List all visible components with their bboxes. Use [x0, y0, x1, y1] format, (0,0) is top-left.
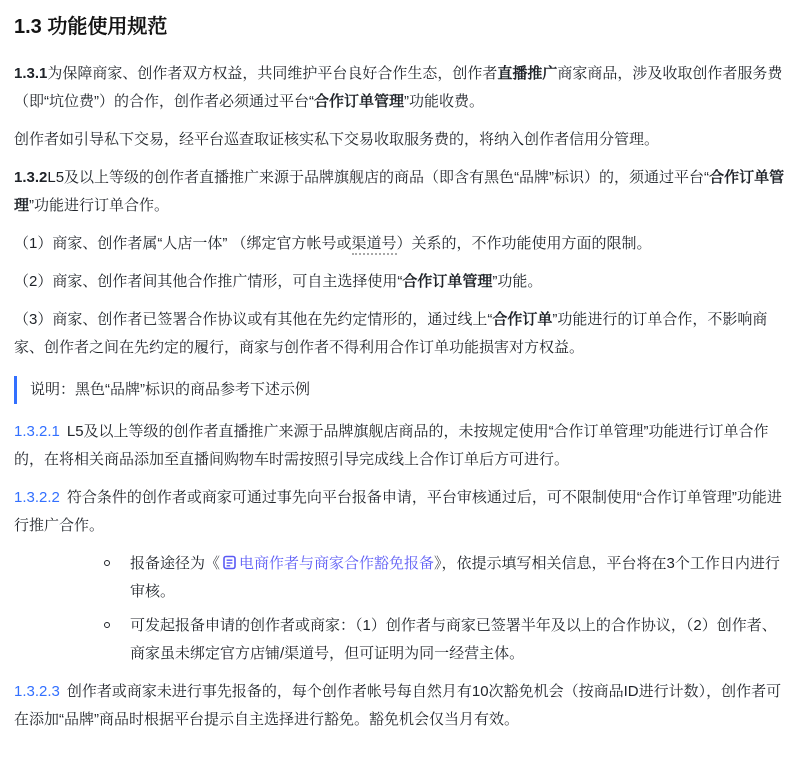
clause-number-1-3-1: 1.3.1	[14, 65, 47, 82]
bold-term-cooperation-order-mgmt: 合作订单管理	[314, 93, 404, 110]
paragraph-private-deal: 创作者如引导私下交易，经平台巡查取证核实私下交易收取服务费的，将纳入创作者信用分…	[14, 126, 790, 154]
paragraph-1-3-2-1: 1.3.2.1L5及以上等级的创作者直播推广来源于品牌旗舰店商品的，未按规定使用…	[14, 418, 790, 474]
bold-term-cooperation-order: 合作订单	[492, 311, 552, 328]
bold-term-cooperation-order-mgmt: 合作订单管理	[402, 273, 492, 290]
text-run: 报备途径为《	[130, 555, 220, 572]
text-run: ”功能。	[492, 273, 542, 290]
text-run: ”功能收费。	[404, 93, 484, 110]
text-run: 可发起报备申请的创作者或商家：（1）创作者与商家已签署半年及以上的合作协议，（2…	[130, 617, 777, 662]
text-run: 符合条件的创作者或商家可通过事先向平台报备申请，平台审核通过后，可不限制使用“合…	[14, 489, 782, 534]
text-run: L5及以上等级的创作者直播推广来源于品牌旗舰店的商品（即含有黑色“品牌”标识）的…	[47, 169, 709, 186]
note-text: 说明：黑色“品牌”标识的商品参考下述示例	[30, 381, 310, 398]
bullet-list: 报备途径为《电商作者与商家合作豁免报备》，依提示填写相关信息，平台将在3个工作日…	[14, 550, 790, 668]
bullet-item-eligible-parties: 可发起报备申请的创作者或商家：（1）创作者与商家已签署半年及以上的合作协议，（2…	[102, 612, 790, 668]
paragraph-1-3-2-3: 1.3.2.3创作者或商家未进行事先报备的，每个创作者帐号每自然月有10次豁免机…	[14, 678, 790, 734]
dotted-underline-term: 渠道号	[352, 235, 397, 255]
clause-number-1-3-2-2: 1.3.2.2	[14, 489, 60, 506]
paragraph-item-1: （1）商家、创作者属“人店一体” （绑定官方帐号或渠道号）关系的，不作功能使用方…	[14, 230, 790, 258]
text-run: 创作者或商家未进行事先报备的，每个创作者帐号每自然月有10次豁免机会（按商品ID…	[14, 683, 781, 728]
document-icon	[222, 555, 237, 570]
bullet-circle-icon	[104, 560, 110, 566]
text-run: （1）商家、创作者属“人店一体” （绑定官方帐号或	[14, 235, 352, 252]
paragraph-item-2: （2）商家、创作者间其他合作推广情形，可自主选择使用“合作订单管理”功能。	[14, 268, 790, 296]
text-run: L5及以上等级的创作者直播推广来源于品牌旗舰店商品的，未按规定使用“合作订单管理…	[14, 423, 769, 468]
document-page: 1.3 功能使用规范 1.3.1为保障商家、创作者双方权益，共同维护平台良好合作…	[0, 0, 803, 754]
exemption-report-link[interactable]: 电商作者与商家合作豁免报备	[220, 555, 434, 572]
bold-term-live-promotion: 直播推广	[497, 65, 557, 82]
text-run: ）关系的，不作功能使用方面的限制。	[397, 235, 652, 252]
paragraph-1-3-2: 1.3.2L5及以上等级的创作者直播推广来源于品牌旗舰店的商品（即含有黑色“品牌…	[14, 164, 790, 220]
paragraph-1-3-2-2: 1.3.2.2符合条件的创作者或商家可通过事先向平台报备申请，平台审核通过后，可…	[14, 484, 790, 540]
section-heading: 1.3 功能使用规范	[14, 14, 790, 40]
text-run: （2）商家、创作者间其他合作推广情形，可自主选择使用“	[14, 273, 402, 290]
clause-number-1-3-2-3: 1.3.2.3	[14, 683, 60, 700]
note-callout: 说明：黑色“品牌”标识的商品参考下述示例	[14, 376, 790, 404]
bullet-circle-icon	[104, 622, 110, 628]
link-label: 电商作者与商家合作豁免报备	[239, 555, 434, 572]
bullet-item-report-path: 报备途径为《电商作者与商家合作豁免报备》，依提示填写相关信息，平台将在3个工作日…	[102, 550, 790, 606]
clause-number-1-3-2-1: 1.3.2.1	[14, 423, 60, 440]
text-run: ”功能进行订单合作。	[29, 197, 169, 214]
clause-number-1-3-2: 1.3.2	[14, 169, 47, 186]
paragraph-item-3: （3）商家、创作者已签署合作协议或有其他在先约定情形的，通过线上“合作订单”功能…	[14, 306, 790, 362]
paragraph-1-3-1: 1.3.1为保障商家、创作者双方权益，共同维护平台良好合作生态，创作者直播推广商…	[14, 60, 790, 116]
text-run: 为保障商家、创作者双方权益，共同维护平台良好合作生态，创作者	[47, 65, 497, 82]
text-run: （3）商家、创作者已签署合作协议或有其他在先约定情形的，通过线上“	[14, 311, 492, 328]
